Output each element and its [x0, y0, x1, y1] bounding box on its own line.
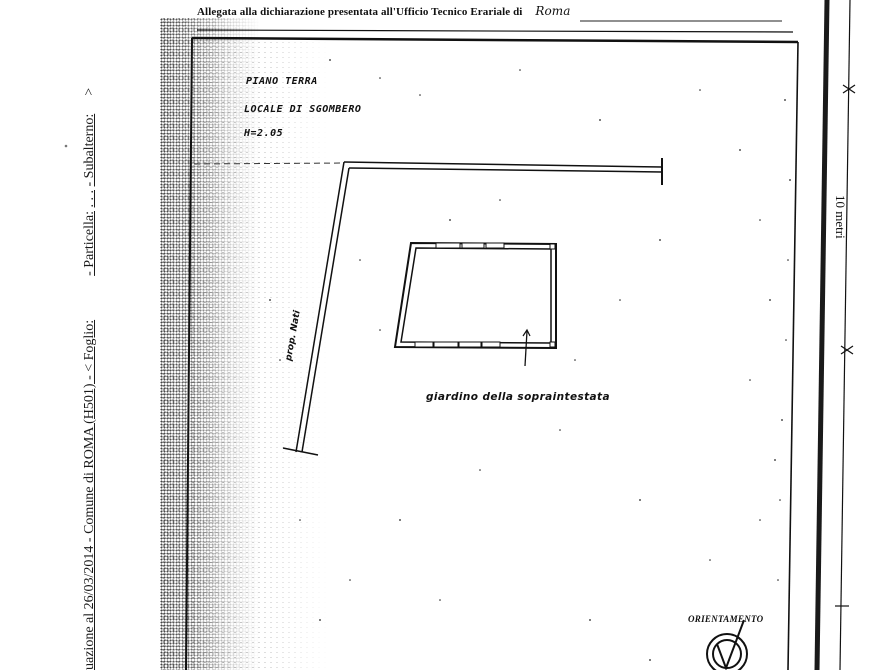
- scale-bar: [840, 0, 850, 670]
- boundary-bottom-cap: [283, 448, 318, 455]
- window-top-3: [486, 243, 504, 248]
- scan-specks: [65, 59, 791, 661]
- boundary-dashed: [194, 163, 344, 164]
- room-label: LOCALE DI SGOMBERO: [244, 104, 361, 115]
- room-outer-wall: [395, 243, 556, 348]
- frame-right: [788, 42, 798, 670]
- pillar-ne: [550, 244, 555, 249]
- garden-label: giardino della sopraintestata: [426, 391, 610, 403]
- frame-top: [192, 38, 798, 42]
- compass-label: ORIENTAMENTO: [688, 614, 763, 624]
- height-label: H=2.05: [244, 128, 283, 139]
- window-bottom-1: [415, 342, 433, 347]
- floor-label: PIANO TERRA: [246, 76, 318, 87]
- sheet-border-right: [817, 0, 827, 670]
- frame-left: [186, 38, 192, 670]
- boundary-top-inner: [349, 168, 662, 172]
- header-rule: [197, 30, 793, 32]
- pillar-se: [550, 342, 555, 347]
- boundary-left-outer: [296, 162, 344, 452]
- window-top-1: [436, 243, 460, 248]
- boundary-left-inner: [302, 168, 349, 452]
- window-bottom-3: [459, 342, 481, 347]
- window-bottom-2: [434, 342, 458, 347]
- boundary-top-outer: [344, 162, 662, 167]
- window-top-2: [462, 243, 484, 248]
- window-bottom-4: [482, 342, 500, 347]
- scale-label: 10 metri: [832, 195, 848, 239]
- room-inner-wall: [401, 248, 551, 343]
- floor-plan-drawing: [0, 0, 893, 670]
